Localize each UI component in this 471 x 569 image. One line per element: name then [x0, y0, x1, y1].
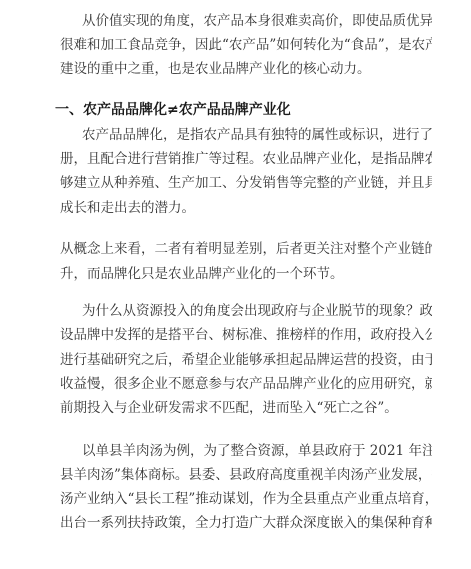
paragraph-5-line-2: 县羊肉汤”集体商标。县委、县政府高度重视羊肉汤产业发展，把羊肉	[60, 466, 432, 484]
document-page: 从价值实现的角度，农产品本身很难卖高价，即使品质优异的农产品也 很难和加工食品竞…	[0, 0, 471, 569]
paragraph-2-line-2: 册，且配合进行营销推广等过程。农业品牌产业化，是指品牌农产品能	[60, 150, 432, 168]
paragraph-3-line-2: 升，而品牌化只是农业品牌产业化的一个环节。	[60, 265, 432, 283]
paragraph-4-line-2: 设品牌中发挥的是搭平台、树标准、推榜样的作用，政府投入公用资金	[60, 326, 432, 344]
paragraph-1-line-1: 从价值实现的角度，农产品本身很难卖高价，即使品质优异的农产品也	[82, 12, 432, 30]
paragraph-5-line-1: 以单县羊肉汤为例，为了整合资源，单县政府于 2021 年注册了“单	[82, 442, 432, 460]
paragraph-4-line-5: 前期投入与企业研发需求不匹配，进而坠入“死亡之谷”。	[60, 399, 432, 417]
paragraph-3-line-1: 从概念上来看，二者有着明显差别，后者更关注对整个产业链的拉动提	[60, 240, 432, 258]
paragraph-2-line-3: 够建立从种养殖、生产加工、分发销售等完整的产业链，并且具有不断	[60, 174, 432, 192]
paragraph-2-line-4: 成长和走出去的潜力。	[60, 199, 432, 217]
paragraph-2-line-1: 农产品品牌化，是指农产品具有独特的属性或标识，进行了商标注	[82, 126, 432, 144]
paragraph-4-line-1: 为什么从资源投入的角度会出现政府与企业脱节的现象？政府在建	[82, 302, 432, 320]
paragraph-5-line-3: 汤产业纳入“县长工程”推动谋划，作为全县重点产业重点培育，先后	[60, 490, 432, 508]
paragraph-1-line-3: 建设的重中之重，也是农业品牌产业化的核心动力。	[60, 60, 432, 78]
paragraph-1-line-2: 很难和加工食品竞争，因此“农产品”如何转化为“食品”，是农产品品牌	[60, 36, 432, 54]
paragraph-4-line-3: 进行基础研究之后，希望企业能够承担起品牌运营的投资，由于风险大，	[60, 351, 432, 369]
section-heading: 一、农产品品牌化≠农产品品牌产业化	[55, 101, 291, 119]
paragraph-5-line-4: 出台一系列扶持政策，全力打造广大群众深度嵌入的集保种育种、智慧	[60, 514, 432, 532]
paragraph-4-line-4: 收益慢，很多企业不愿意参与农产品品牌产业化的应用研究，就造成了	[60, 375, 432, 393]
